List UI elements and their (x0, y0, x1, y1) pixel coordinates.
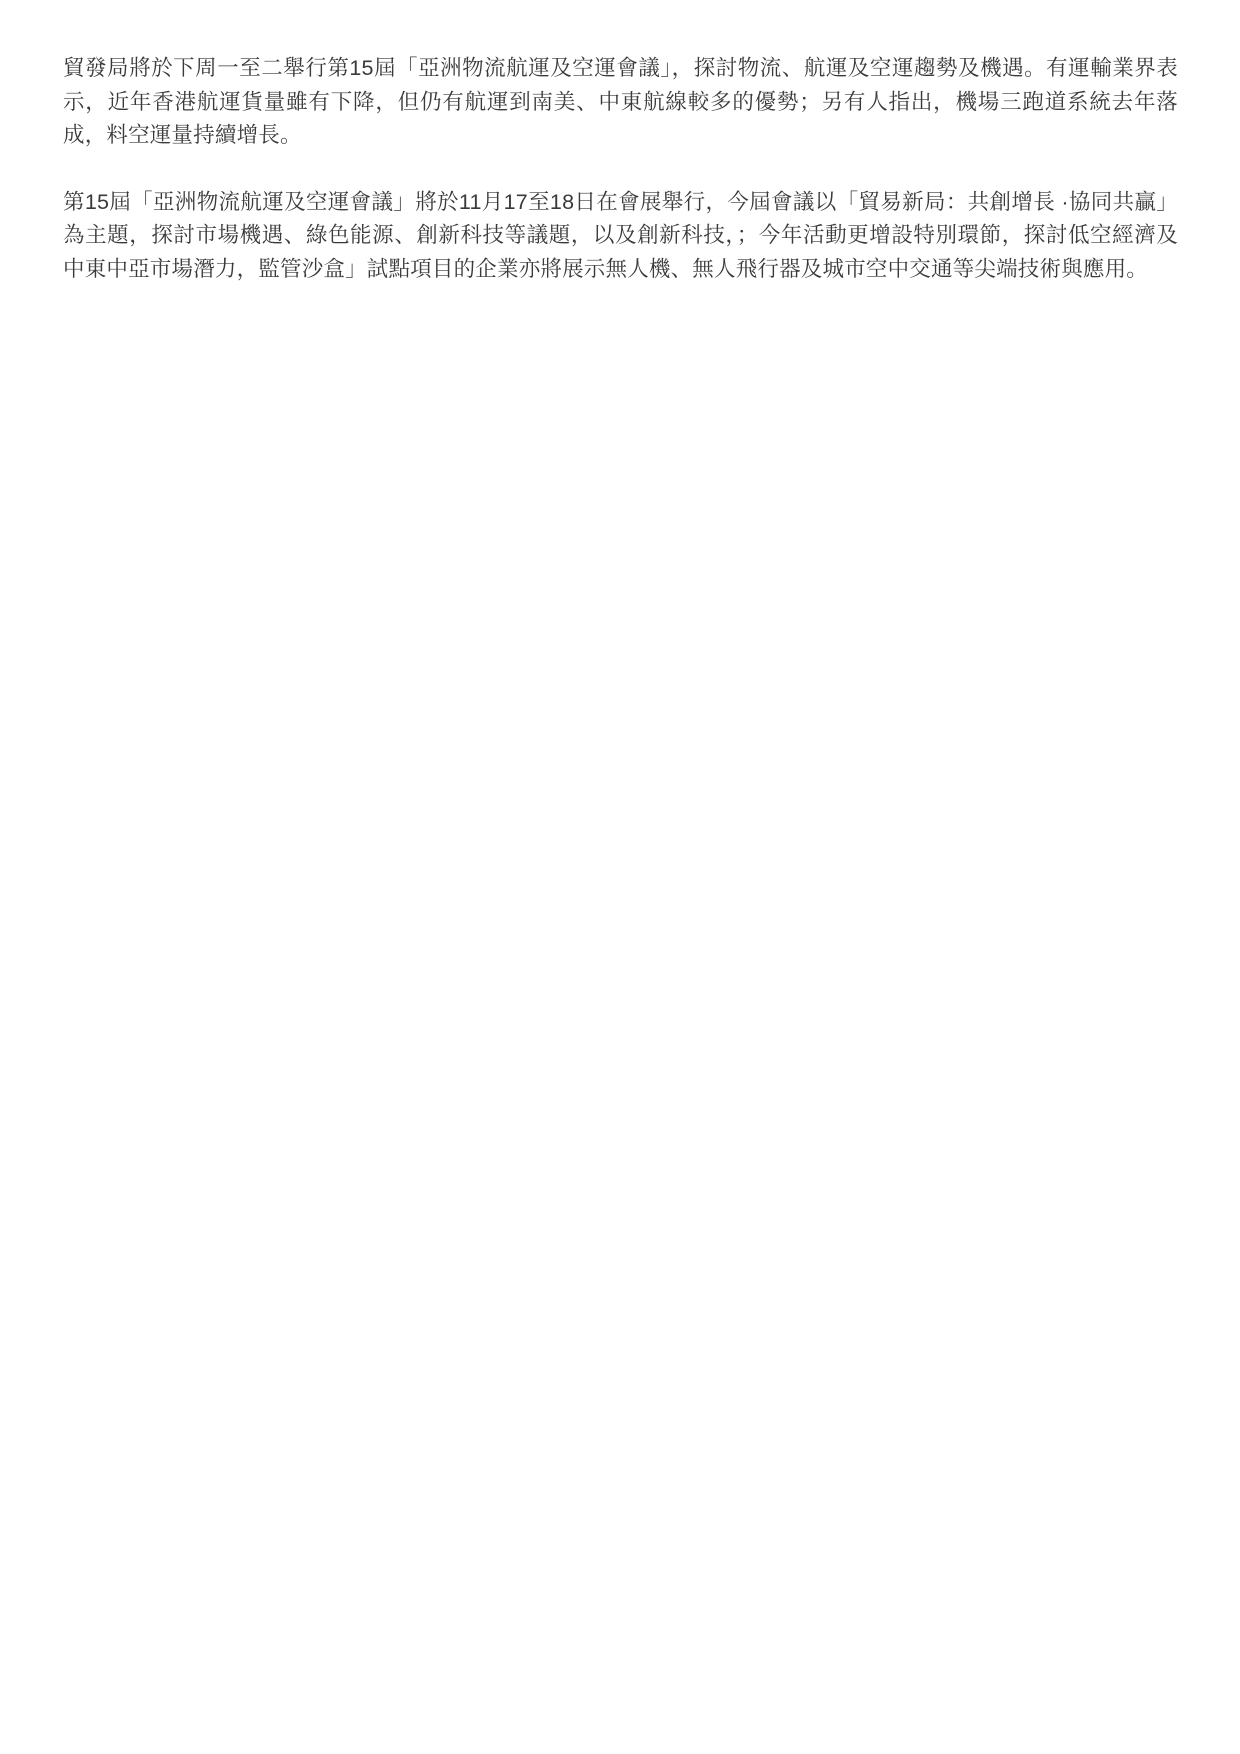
article-body: 貿發局將於下周一至二舉行第15屆「亞洲物流航運及空運會議」，探討物流、航運及空運… (63, 52, 1178, 286)
article-paragraph-1: 貿發局將於下周一至二舉行第15屆「亞洲物流航運及空運會議」，探討物流、航運及空運… (63, 52, 1178, 153)
article-paragraph-2: 第15屆「亞洲物流航運及空運會議」將於11月17至18日在會展舉行，今屆會議以「… (63, 186, 1178, 287)
article-page: 貿發局將於下周一至二舉行第15屆「亞洲物流航運及空運會議」，探討物流、航運及空運… (0, 0, 1240, 1754)
